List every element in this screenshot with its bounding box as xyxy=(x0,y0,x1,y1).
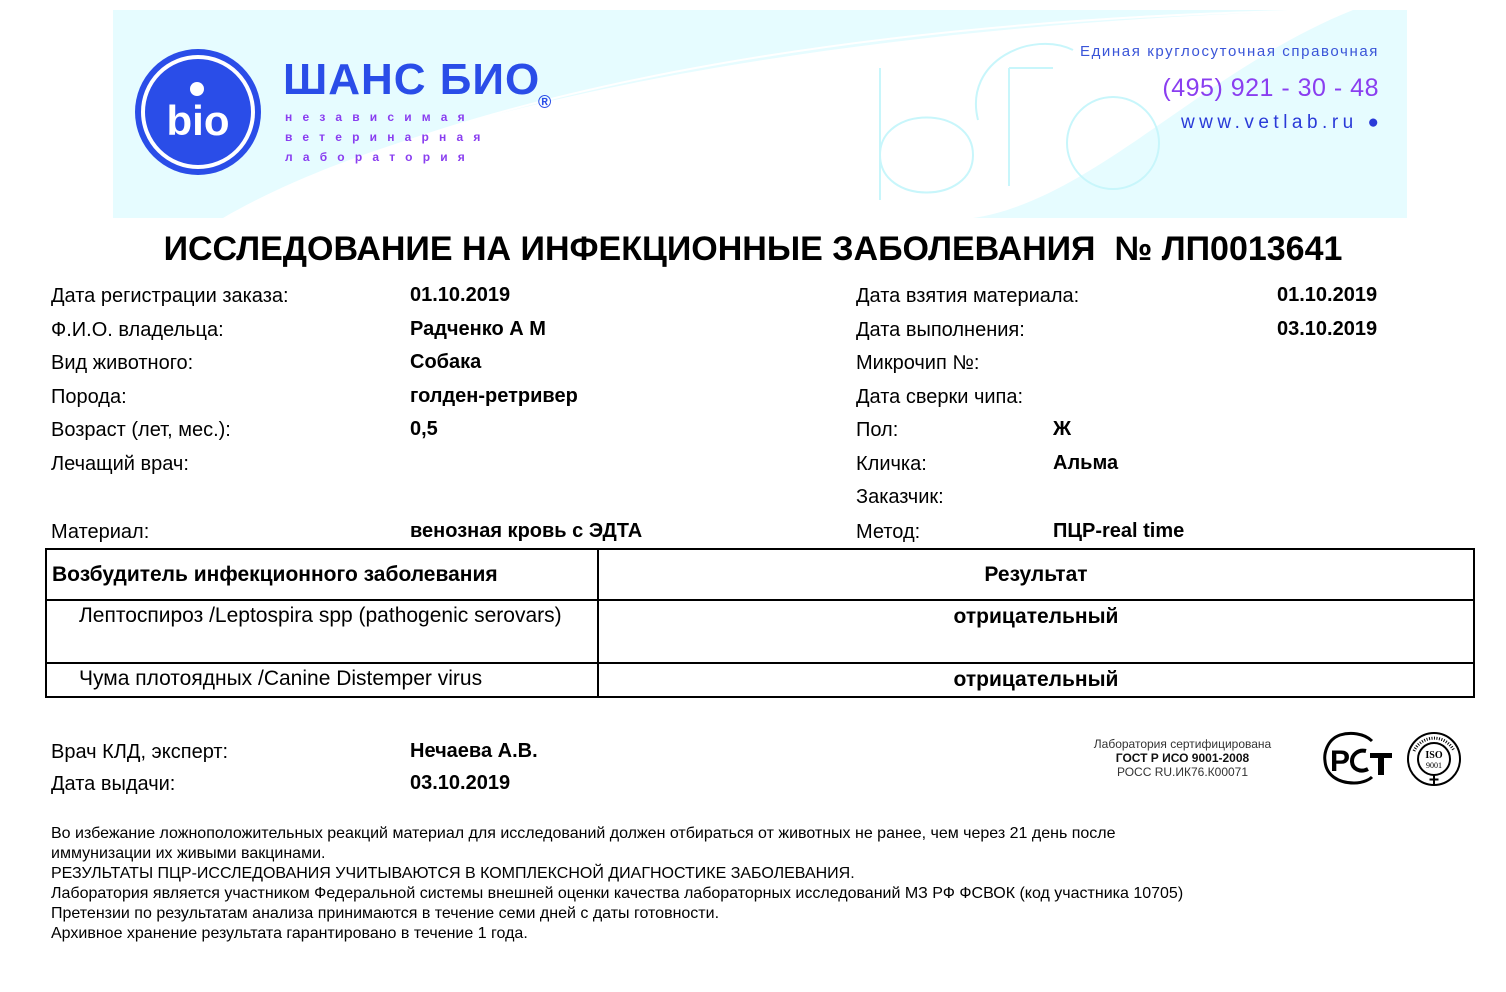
signoff-value: 03.10.2019 xyxy=(410,773,510,793)
info-label: Дата регистрации заказа: xyxy=(51,286,289,306)
brand-tagline-line-2: ветеринарная xyxy=(285,131,491,143)
website-link[interactable]: www.vetlab.ru ● xyxy=(1181,112,1379,134)
signoff-label: Дата выдачи: xyxy=(51,774,175,794)
info-value: Собака xyxy=(410,352,481,372)
brand-name: ШАНС БИО xyxy=(283,58,540,102)
note-line: Во избежание ложноположительных реакций … xyxy=(51,824,1471,844)
info-value: Ж xyxy=(1053,419,1071,439)
note-line: иммунизации их живыми вакцинами. xyxy=(51,844,1471,864)
info-label: Порода: xyxy=(51,387,127,407)
info-label: Вид животного: xyxy=(51,353,193,373)
info-value: 0,5 xyxy=(410,419,438,439)
pathogen-cell: Лептоспироз /Leptospira spp (pathogenic … xyxy=(46,600,598,663)
note-line: Лаборатория является участником Федераль… xyxy=(51,884,1471,904)
table-header-row: Возбудитель инфекционного заболевания Ре… xyxy=(46,549,1474,600)
results-table: Возбудитель инфекционного заболевания Ре… xyxy=(45,548,1475,698)
info-label: Материал: xyxy=(51,522,149,542)
report-number: № ЛП0013641 xyxy=(1114,230,1342,268)
info-value: 01.10.2019 xyxy=(1277,285,1377,305)
column-header-pathogen: Возбудитель инфекционного заболевания xyxy=(46,549,598,600)
info-value: 03.10.2019 xyxy=(1277,319,1377,339)
pathogen-cell: Чума плотоядных /Canine Distemper virus xyxy=(46,663,598,697)
info-value: ПЦР-real time xyxy=(1053,521,1184,541)
page-title: ИССЛЕДОВАНИЕ НА ИНФЕКЦИОННЫЕ ЗАБОЛЕВАНИЯ… xyxy=(0,230,1506,269)
brand-tagline-line-1: независимая xyxy=(285,111,475,123)
signoff-value: Нечаева А.В. xyxy=(410,741,538,761)
info-label: Заказчик: xyxy=(856,487,944,507)
info-value: Альма xyxy=(1053,453,1118,473)
svg-text:ISO: ISO xyxy=(1425,750,1442,761)
info-label: Лечащий врач: xyxy=(51,454,189,474)
hotline-label: Единая круглосуточная справочная xyxy=(1080,43,1379,60)
info-value: 01.10.2019 xyxy=(410,285,510,305)
info-label: Микрочип №: xyxy=(856,353,979,373)
info-label: Кличка: xyxy=(856,454,927,474)
footer-notes: Во избежание ложноположительных реакций … xyxy=(51,824,1471,944)
rst-certification-mark-icon: P xyxy=(1322,731,1402,787)
cert-line-3: РОСС RU.ИК76.К00071 xyxy=(1075,765,1290,779)
info-label: Ф.И.О. владельца: xyxy=(51,320,224,340)
info-label: Дата взятия материала: xyxy=(856,286,1079,306)
info-label: Возраст (лет, мес.): xyxy=(51,420,231,440)
bio-logo-icon: bio xyxy=(133,47,263,177)
lab-header-banner: bio ШАНС БИО ® независимая ветеринарная … xyxy=(113,10,1407,218)
page-title-text: ИССЛЕДОВАНИЕ НА ИНФЕКЦИОННЫЕ ЗАБОЛЕВАНИЯ xyxy=(164,230,1096,268)
info-value: венозная кровь с ЭДТА xyxy=(410,521,642,541)
brand-tagline-line-3: лаборатория xyxy=(285,151,475,163)
info-label: Дата сверки чипа: xyxy=(856,387,1023,407)
info-label: Метод: xyxy=(856,522,920,542)
result-cell: отрицательный xyxy=(598,663,1474,697)
svg-text:P: P xyxy=(1330,745,1350,778)
column-header-result: Результат xyxy=(598,549,1474,600)
svg-text:9001: 9001 xyxy=(1426,761,1442,770)
info-value: Радченко А М xyxy=(410,319,546,339)
registered-mark: ® xyxy=(538,92,551,113)
signoff-label: Врач КЛД, эксперт: xyxy=(51,742,228,762)
phone-number: (495) 921 - 30 - 48 xyxy=(1162,74,1379,103)
info-value: голден-ретривер xyxy=(410,386,578,406)
svg-text:bio: bio xyxy=(167,97,230,144)
cert-line-1: Лаборатория сертифицирована xyxy=(1075,737,1290,751)
table-row: Чума плотоядных /Canine Distemper virus … xyxy=(46,663,1474,697)
info-label: Дата выполнения: xyxy=(856,320,1025,340)
cert-line-2: ГОСТ Р ИСО 9001-2008 xyxy=(1075,751,1290,765)
note-line: Архивное хранение результата гарантирова… xyxy=(51,924,1471,944)
info-label: Пол: xyxy=(856,420,898,440)
result-cell: отрицательный xyxy=(598,600,1474,663)
table-row: Лептоспироз /Leptospira spp (pathogenic … xyxy=(46,600,1474,663)
iso-9001-mark-icon: ISO 9001 xyxy=(1406,731,1462,787)
note-line: Претензии по результатам анализа принима… xyxy=(51,904,1471,924)
bullet-dot-icon: ● xyxy=(1368,112,1379,133)
certification-text: Лаборатория сертифицирована ГОСТ Р ИСО 9… xyxy=(1075,737,1290,779)
note-line: РЕЗУЛЬТАТЫ ПЦР-ИССЛЕДОВАНИЯ УЧИТЫВАЮТСЯ … xyxy=(51,864,1471,884)
